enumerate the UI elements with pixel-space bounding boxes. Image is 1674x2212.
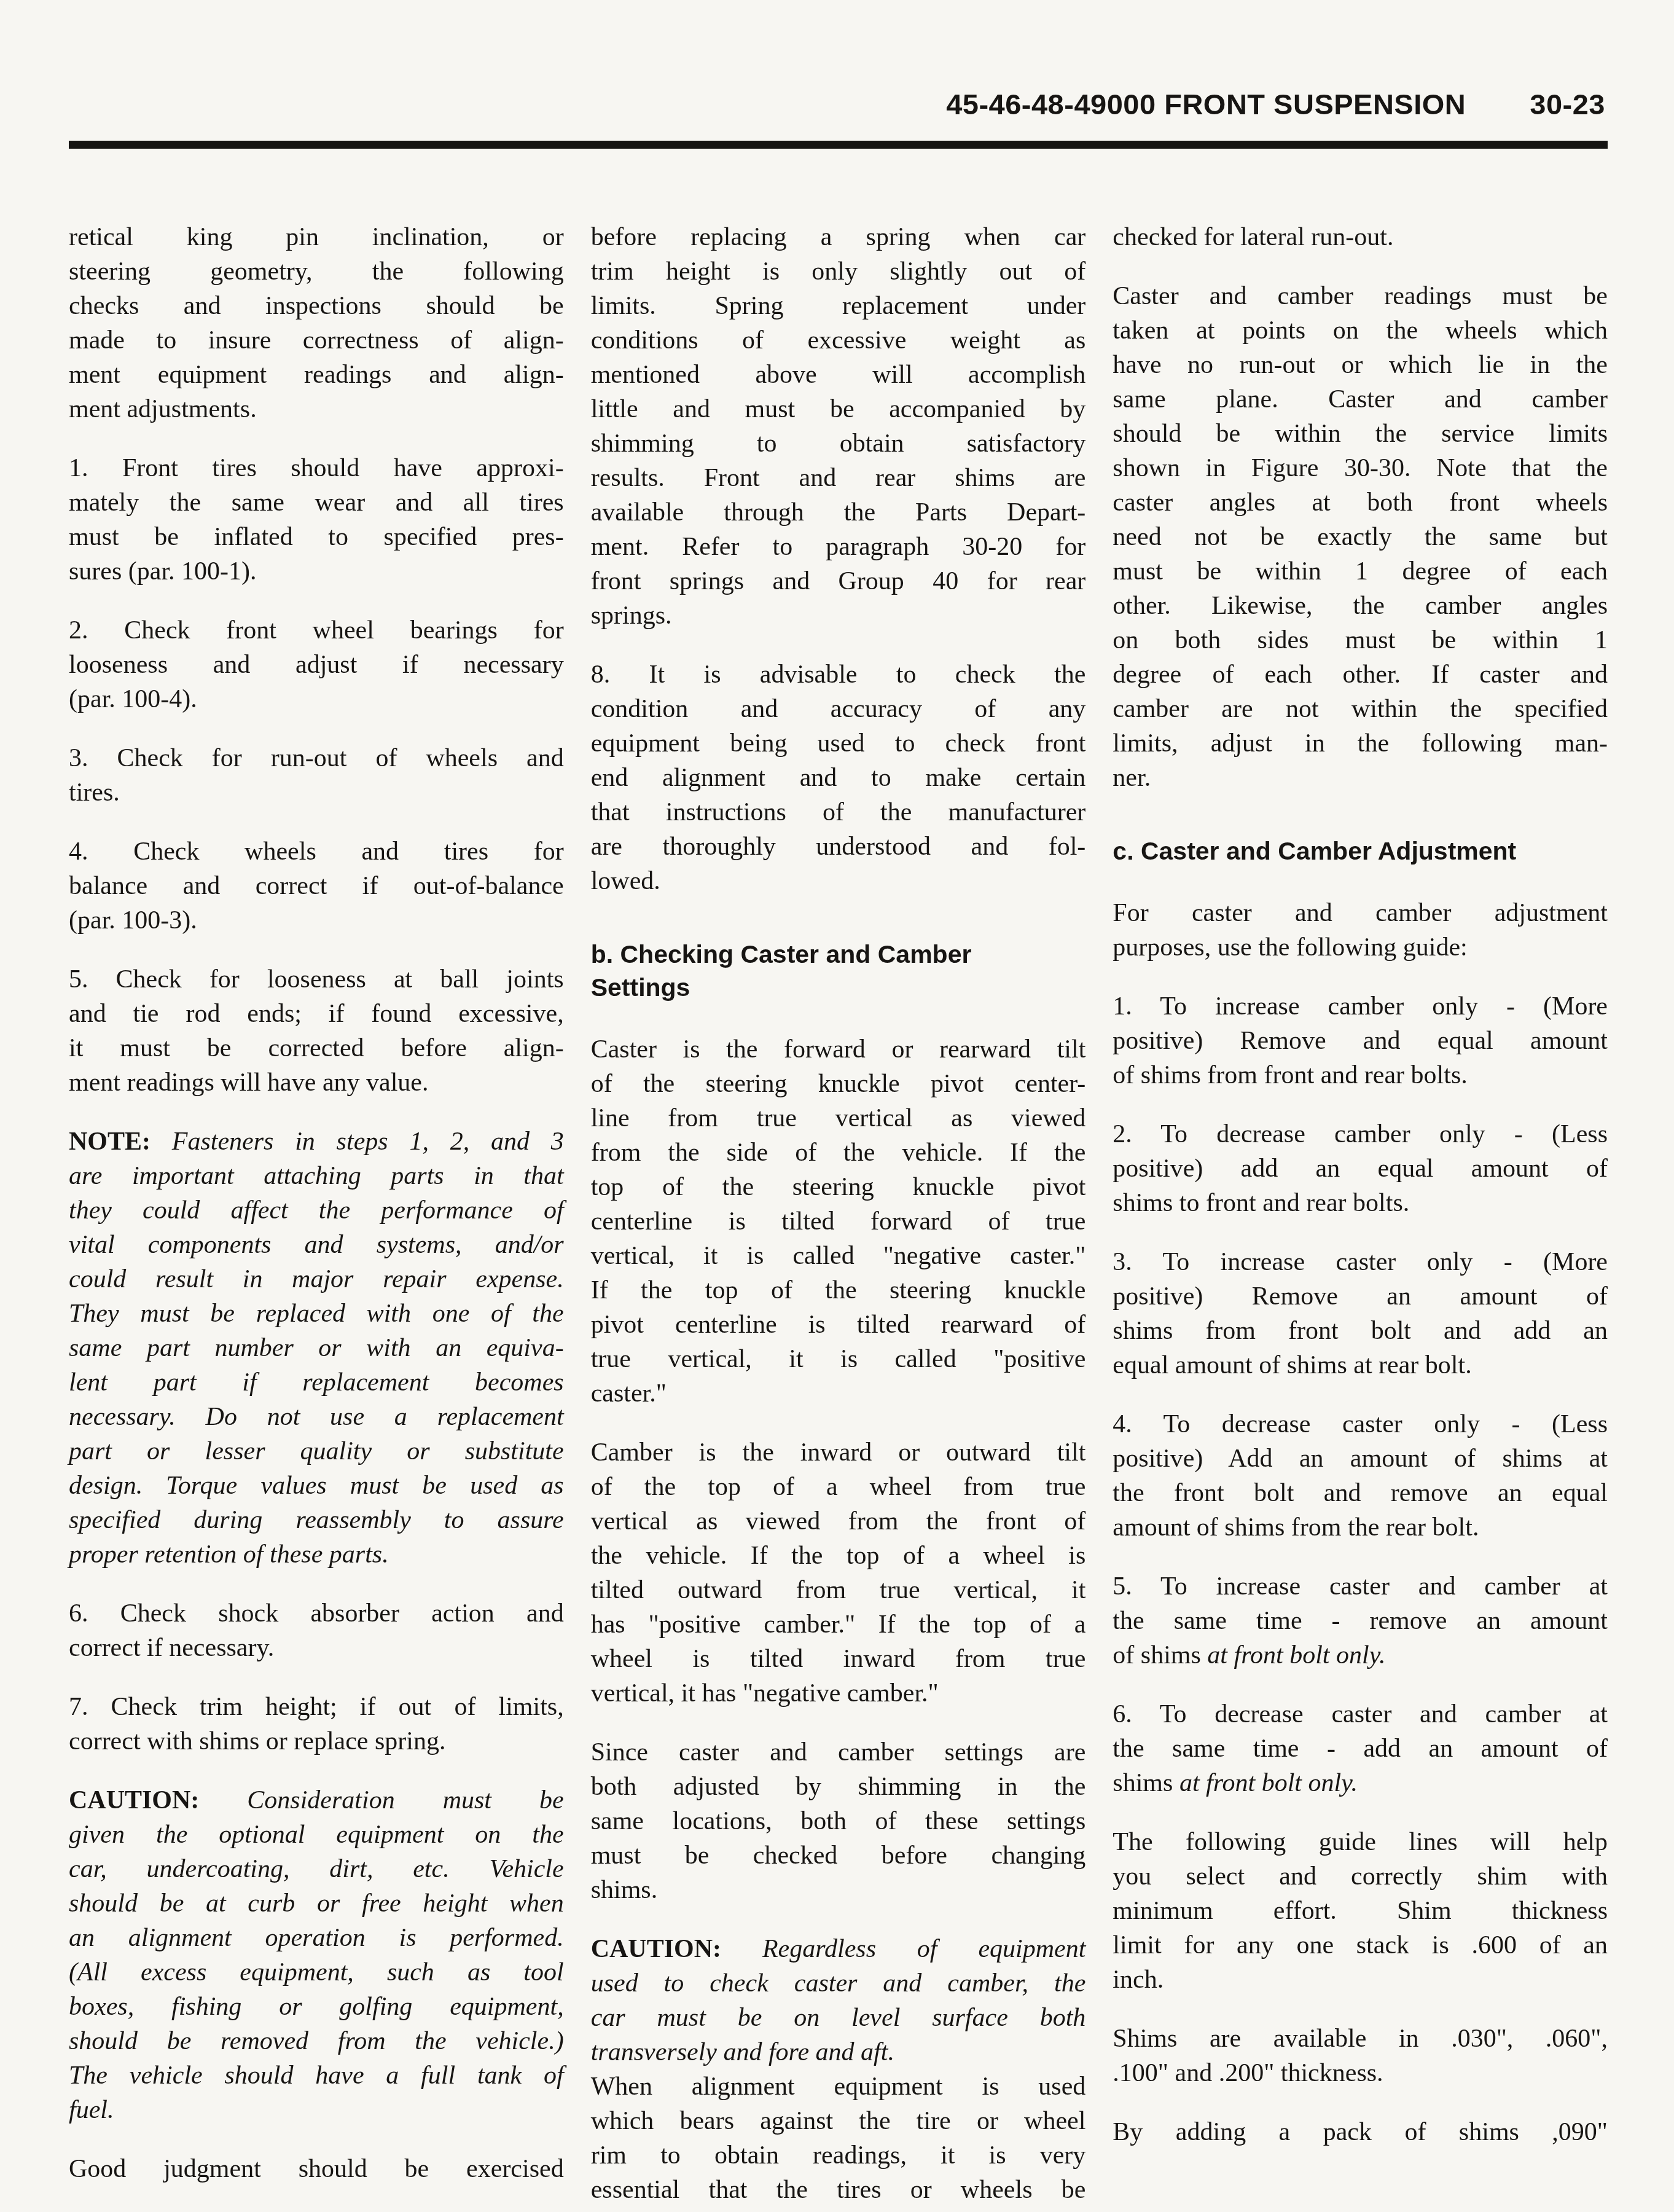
text-run: the front bolt and remove an equal xyxy=(1113,1479,1608,1507)
text-line: same plane. Caster and camber xyxy=(1113,382,1608,417)
text-run: other. Likewise, the camber angles xyxy=(1113,592,1608,620)
text-run: 4. Check wheels and tires for xyxy=(69,837,564,866)
text-run: taken at points on the wheels which xyxy=(1113,316,1608,345)
paragraph: Since caster and camber settings areboth… xyxy=(591,1735,1086,1907)
text-run: front springs and Group 40 for rear xyxy=(591,567,1086,595)
text-line: could result in major repair expense. xyxy=(69,1262,564,1296)
text-line: checked for lateral run-out. xyxy=(1113,220,1608,254)
text-line: lowed. xyxy=(591,864,1086,898)
text-run: the vehicle. If the top of a wheel is xyxy=(591,1542,1086,1570)
paragraph: 4. Check wheels and tires forbalance and… xyxy=(69,834,564,938)
text-line: rim to obtain readings, it is very xyxy=(591,2138,1086,2173)
paragraph: 7. Check trim height; if out of limits,c… xyxy=(69,1690,564,1759)
text-run: springs. xyxy=(591,602,672,630)
text-run: 6. Check shock absorber action and xyxy=(69,1599,564,1628)
paragraph: 1. Front tires should have approxi-matel… xyxy=(69,451,564,589)
text-line: car, undercoating, dirt, etc. Vehicle xyxy=(69,1852,564,1886)
text-line: c. Caster and Camber Adjustment xyxy=(1113,834,1608,868)
text-line: of shims from front and rear bolts. xyxy=(1113,1058,1608,1092)
text-line: the vehicle. If the top of a wheel is xyxy=(591,1539,1086,1573)
text-run: from the side of the vehicle. If the xyxy=(591,1139,1086,1167)
text-line: ment. Refer to paragraph 30-20 for xyxy=(591,530,1086,564)
text-run: shims to front and rear bolts. xyxy=(1113,1189,1409,1217)
text-line: retical king pin inclination, or xyxy=(69,220,564,254)
text-run: positive) add an equal amount of xyxy=(1113,1155,1608,1183)
text-line: shims from front bolt and add an xyxy=(1113,1314,1608,1348)
text-run: ment. Refer to paragraph 30-20 for xyxy=(591,533,1086,561)
text-run: 8. It is advisable to check the xyxy=(591,661,1086,689)
text-run: the same time - add an amount of xyxy=(1113,1735,1608,1763)
text-run: are important attaching parts in that xyxy=(69,1162,564,1190)
text-line: before replacing a spring when car xyxy=(591,220,1086,254)
text-run: car must be on level surface both xyxy=(591,2004,1086,2032)
page-header: 45-46-48-49000 FRONT SUSPENSION 30-23 xyxy=(69,0,1608,121)
text-run: transversely and fore and aft. xyxy=(591,2038,894,2066)
text-line: part or lesser quality or substitute xyxy=(69,1434,564,1469)
text-run: ment equipment readings and align- xyxy=(69,361,564,389)
text-run: 2. Check front wheel bearings for xyxy=(69,616,564,645)
text-run: Caster and camber readings must be xyxy=(1113,282,1608,310)
text-line: given the optional equipment on the xyxy=(69,1818,564,1852)
text-line: of the steering knuckle pivot center- xyxy=(591,1067,1086,1101)
text-line: of the top of a wheel from true xyxy=(591,1470,1086,1504)
text-run: 5. Check for looseness at ball joints xyxy=(69,965,564,994)
content: retical king pin inclination, orsteering… xyxy=(69,220,1608,2207)
text-run: CAUTION: xyxy=(69,1786,247,1814)
text-line: and tie rod ends; if found excessive, xyxy=(69,997,564,1031)
text-line: Caster is the forward or rearward tilt xyxy=(591,1032,1086,1067)
page: 45-46-48-49000 FRONT SUSPENSION 30-23 re… xyxy=(0,0,1674,2212)
text-run: conditions of excessive weight as xyxy=(591,326,1086,355)
text-run: correct with shims or replace spring. xyxy=(69,1727,445,1755)
text-line: limits, adjust in the following man- xyxy=(1113,726,1608,761)
text-line: car must be on level surface both xyxy=(591,2001,1086,2035)
text-run: both adjusted by shimming in the xyxy=(591,1773,1086,1801)
text-line: front springs and Group 40 for rear xyxy=(591,564,1086,598)
text-run: The vehicle should have a full tank of xyxy=(69,2061,564,2090)
text-line: it must be corrected before align- xyxy=(69,1031,564,1065)
text-run: 7. Check trim height; if out of limits, xyxy=(69,1693,564,1721)
paragraph: 3. To increase caster only - (Morepositi… xyxy=(1113,1245,1608,1382)
page-number: 30-23 xyxy=(1530,87,1605,121)
text-run: steering geometry, the following xyxy=(69,257,564,286)
text-run: checked for lateral run-out. xyxy=(1113,223,1393,251)
text-run: fuel. xyxy=(69,2096,114,2124)
text-run: limits. Spring replacement under xyxy=(591,292,1086,320)
text-line: positive) Remove an amount of xyxy=(1113,1279,1608,1314)
text-line: 4. To decrease caster only - (Less xyxy=(1113,1407,1608,1441)
paragraph: before replacing a spring when cartrim h… xyxy=(591,220,1086,633)
text-run: essential that the tires or wheels be xyxy=(591,2176,1086,2204)
text-line: used to check caster and camber, the xyxy=(591,1966,1086,2001)
header-rule xyxy=(69,141,1608,149)
paragraph: Caster is the forward or rearward tiltof… xyxy=(591,1032,1086,1411)
text-run: 3. To increase caster only - (More xyxy=(1113,1248,1608,1276)
paragraph: By adding a pack of shims ,090" xyxy=(1113,2115,1608,2149)
text-run: .100" and .200" thickness. xyxy=(1113,2059,1383,2087)
text-line: Camber is the inward or outward tilt xyxy=(591,1435,1086,1470)
text-line: vital components and systems, and/or xyxy=(69,1228,564,1262)
paragraph: CAUTION: Regardless of equipmentused to … xyxy=(591,1932,1086,2069)
text-run: at front bolt only. xyxy=(1179,1769,1358,1797)
text-line: you select and correctly shim with xyxy=(1113,1859,1608,1894)
text-run: before replacing a spring when car xyxy=(591,223,1086,251)
text-run: positive) Remove an amount of xyxy=(1113,1282,1608,1311)
text-line: centerline is tilted forward of true xyxy=(591,1204,1086,1239)
text-run: mately the same wear and all tires xyxy=(69,488,564,517)
text-run: lent part if replacement becomes xyxy=(69,1368,564,1397)
text-run: Fasteners in steps 1, 2, and 3 xyxy=(172,1128,564,1156)
text-line: vertical, it has "negative camber." xyxy=(591,1676,1086,1711)
text-run: 5. To increase caster and camber at xyxy=(1113,1572,1608,1601)
text-line: .100" and .200" thickness. xyxy=(1113,2056,1608,2090)
text-run: (par. 100-4). xyxy=(69,685,197,713)
text-line: caster angles at both front wheels xyxy=(1113,485,1608,520)
text-line: 1. Front tires should have approxi- xyxy=(69,451,564,485)
text-run: same part number or with an equiva- xyxy=(69,1334,564,1362)
text-line: CAUTION: Regardless of equipment xyxy=(591,1932,1086,1966)
paragraph: 5. Check for looseness at ball jointsand… xyxy=(69,962,564,1100)
text-run: car, undercoating, dirt, etc. Vehicle xyxy=(69,1855,564,1883)
text-line: positive) Add an amount of shims at xyxy=(1113,1441,1608,1476)
text-run: proper retention of these parts. xyxy=(69,1540,389,1569)
text-run: 4. To decrease caster only - (Less xyxy=(1113,1410,1608,1438)
paragraph: Camber is the inward or outward tiltof t… xyxy=(591,1435,1086,1711)
text-line: lent part if replacement becomes xyxy=(69,1365,564,1400)
text-line: should be at curb or free height when xyxy=(69,1886,564,1921)
text-line: 1. To increase camber only - (More xyxy=(1113,989,1608,1024)
text-run: condition and accuracy of any xyxy=(591,695,1086,723)
paragraph: 6. Check shock absorber action andcorrec… xyxy=(69,1596,564,1665)
text-line: shimming to obtain satisfactory xyxy=(591,426,1086,461)
text-line: (All excess equipment, such as tool xyxy=(69,1955,564,1990)
header-title: 45-46-48-49000 FRONT SUSPENSION xyxy=(946,87,1466,121)
text-line: When alignment equipment is used xyxy=(591,2069,1086,2104)
text-line: condition and accuracy of any xyxy=(591,692,1086,726)
text-line: transversely and fore and aft. xyxy=(591,2035,1086,2069)
text-line: Shims are available in .030", .060", xyxy=(1113,2022,1608,2056)
text-run: are thoroughly understood and fol- xyxy=(591,833,1086,861)
text-run: inch. xyxy=(1113,1966,1164,1994)
text-line: wheel is tilted inward from true xyxy=(591,1642,1086,1676)
text-line: are important attaching parts in that xyxy=(69,1159,564,1193)
text-run: rim to obtain readings, it is very xyxy=(591,2141,1086,2170)
text-run: For caster and camber adjustment xyxy=(1113,899,1608,927)
text-run: top of the steering knuckle pivot xyxy=(591,1173,1086,1201)
text-run: ner. xyxy=(1113,764,1151,792)
text-line: boxes, fishing or golfing equipment, xyxy=(69,1990,564,2024)
text-run: tires. xyxy=(69,779,120,807)
text-line: 3. To increase caster only - (More xyxy=(1113,1245,1608,1279)
text-run: 2. To decrease camber only - (Less xyxy=(1113,1120,1608,1148)
section-heading: b. Checking Caster and CamberSettings xyxy=(591,938,1086,1004)
text-run: of shims from front and rear bolts. xyxy=(1113,1061,1467,1089)
text-line: mately the same wear and all tires xyxy=(69,485,564,520)
text-run: pivot centerline is tilted rearward of xyxy=(591,1311,1086,1339)
text-run: correct if necessary. xyxy=(69,1634,274,1662)
text-line: springs. xyxy=(591,598,1086,633)
text-line: shims to front and rear bolts. xyxy=(1113,1186,1608,1220)
text-line: shims. xyxy=(591,1873,1086,1907)
text-line: correct if necessary. xyxy=(69,1631,564,1665)
paragraph: NOTE: Fasteners in steps 1, 2, and 3are … xyxy=(69,1124,564,1572)
text-line: looseness and adjust if necessary xyxy=(69,648,564,682)
text-line: 8. It is advisable to check the xyxy=(591,657,1086,692)
paragraph: 1. To increase camber only - (Morepositi… xyxy=(1113,989,1608,1092)
text-line: NOTE: Fasteners in steps 1, 2, and 3 xyxy=(69,1124,564,1159)
text-run: c. Caster and Camber Adjustment xyxy=(1113,837,1516,865)
text-line: from the side of the vehicle. If the xyxy=(591,1135,1086,1170)
text-line: made to insure correctness of align- xyxy=(69,323,564,358)
text-line: balance and correct if out-of-balance xyxy=(69,869,564,903)
text-run: vertical, it has "negative camber." xyxy=(591,1679,939,1708)
text-line: ment readings will have any value. xyxy=(69,1065,564,1100)
text-line: By adding a pack of shims ,090" xyxy=(1113,2115,1608,2149)
text-run: an alignment operation is performed. xyxy=(69,1924,564,1952)
text-run: vital components and systems, and/or xyxy=(69,1231,564,1259)
paragraph: 8. It is advisable to check thecondition… xyxy=(591,657,1086,898)
text-line: must be within 1 degree of each xyxy=(1113,554,1608,589)
text-line: which bears against the tire or wheel xyxy=(591,2104,1086,2138)
paragraph: 6. To decrease caster and camber atthe s… xyxy=(1113,1697,1608,1800)
text-run: line from true vertical as viewed xyxy=(591,1104,1086,1132)
text-run: purposes, use the following guide: xyxy=(1113,933,1467,962)
text-line: (par. 100-3). xyxy=(69,903,564,938)
text-line: essential that the tires or wheels be xyxy=(591,2173,1086,2207)
text-line: vertical as viewed from the front of xyxy=(591,1504,1086,1539)
text-run: balance and correct if out-of-balance xyxy=(69,872,564,900)
text-line: tires. xyxy=(69,775,564,810)
text-line: trim height is only slightly out of xyxy=(591,254,1086,289)
text-run: They must be replaced with one of the xyxy=(69,1300,564,1328)
text-run: amount of shims from the rear bolt. xyxy=(1113,1513,1479,1542)
text-run: they could affect the performance of xyxy=(69,1196,564,1225)
text-line: 6. To decrease caster and camber at xyxy=(1113,1697,1608,1732)
text-line: If the top of the steering knuckle xyxy=(591,1273,1086,1308)
text-run: need not be exactly the same but xyxy=(1113,523,1608,551)
text-line: Good judgment should be exercised xyxy=(69,2152,564,2186)
text-line: positive) add an equal amount of xyxy=(1113,1151,1608,1186)
text-run: sures (par. 100-1). xyxy=(69,557,257,586)
text-line: camber are not within the specified xyxy=(1113,692,1608,726)
text-line: Caster and camber readings must be xyxy=(1113,279,1608,313)
text-line: 5. To increase caster and camber at xyxy=(1113,1569,1608,1604)
text-line: must be inflated to specified pres- xyxy=(69,520,564,554)
text-line: ner. xyxy=(1113,761,1608,795)
text-run: has "positive camber." If the top of a xyxy=(591,1610,1086,1639)
text-line: sures (par. 100-1). xyxy=(69,554,564,589)
text-run: you select and correctly shim with xyxy=(1113,1862,1608,1891)
text-line: are thoroughly understood and fol- xyxy=(591,829,1086,864)
text-run: looseness and adjust if necessary xyxy=(69,651,564,679)
text-run: have no run-out or which lie in the xyxy=(1113,351,1608,379)
text-run: trim height is only slightly out of xyxy=(591,257,1086,286)
text-line: equipment being used to check front xyxy=(591,726,1086,761)
text-run: 1. To increase camber only - (More xyxy=(1113,992,1608,1021)
text-run: shims. xyxy=(591,1876,658,1904)
text-run: b. Checking Caster and Camber xyxy=(591,940,972,968)
text-run: should be within the service limits xyxy=(1113,420,1608,448)
text-line: they could affect the performance of xyxy=(69,1193,564,1228)
text-line: mentioned above will accomplish xyxy=(591,358,1086,392)
text-run: design. Torque values must be used as xyxy=(69,1472,564,1500)
text-line: vertical, it is called "negative caster.… xyxy=(591,1239,1086,1273)
text-line: inch. xyxy=(1113,1963,1608,1997)
paragraph: 3. Check for run-out of wheels andtires. xyxy=(69,741,564,810)
text-run: Shims are available in .030", .060", xyxy=(1113,2025,1608,2053)
text-line: specified during reassembly to assure xyxy=(69,1503,564,1537)
text-run: positive) Remove and equal amount xyxy=(1113,1027,1608,1055)
text-run: available through the Parts Depart- xyxy=(591,498,1086,527)
text-run: lowed. xyxy=(591,867,660,895)
paragraph: retical king pin inclination, orsteering… xyxy=(69,220,564,426)
text-run: Good judgment should be exercised xyxy=(69,2155,564,2183)
paragraph: 2. Check front wheel bearings forloosene… xyxy=(69,613,564,716)
text-run: made to insure correctness of align- xyxy=(69,326,564,355)
text-run: equipment being used to check front xyxy=(591,729,1086,758)
text-run: that instructions of the manufacturer xyxy=(591,798,1086,826)
text-line: The following guide lines will help xyxy=(1113,1825,1608,1859)
paragraph: CAUTION: Consideration must begiven the … xyxy=(69,1783,564,2127)
text-run: should be at curb or free height when xyxy=(69,1889,564,1918)
text-line: steering geometry, the following xyxy=(69,254,564,289)
text-line: limit for any one stack is .600 of an xyxy=(1113,1928,1608,1963)
text-run: true vertical, it is called "positive xyxy=(591,1345,1086,1373)
paragraph: Shims are available in .030", .060",.100… xyxy=(1113,2022,1608,2090)
text-line: ment equipment readings and align- xyxy=(69,358,564,392)
text-run: same locations, both of these settings xyxy=(591,1807,1086,1835)
text-line: should be removed from the vehicle.) xyxy=(69,2024,564,2058)
text-run: of the steering knuckle pivot center- xyxy=(591,1070,1086,1098)
text-run: When alignment equipment is used xyxy=(591,2073,1086,2101)
text-run: shimming to obtain satisfactory xyxy=(591,429,1086,458)
text-line: 5. Check for looseness at ball joints xyxy=(69,962,564,997)
text-run: Caster is the forward or rearward tilt xyxy=(591,1035,1086,1064)
text-run: Regardless of equipment xyxy=(762,1935,1085,1963)
text-line: CAUTION: Consideration must be xyxy=(69,1783,564,1818)
text-run: necessary. Do not use a replacement xyxy=(69,1403,564,1431)
paragraph: 4. To decrease caster only - (Lesspositi… xyxy=(1113,1407,1608,1545)
text-run: 1. Front tires should have approxi- xyxy=(69,454,564,482)
text-line: design. Torque values must be used as xyxy=(69,1469,564,1503)
text-run: vertical, it is called "negative caster.… xyxy=(591,1242,1086,1270)
text-run: on both sides must be within 1 xyxy=(1113,626,1608,654)
text-run: should be removed from the vehicle.) xyxy=(69,2027,564,2055)
text-line: proper retention of these parts. xyxy=(69,1537,564,1572)
text-line: correct with shims or replace spring. xyxy=(69,1724,564,1759)
text-run: of shims xyxy=(1113,1641,1207,1669)
text-line: They must be replaced with one of the xyxy=(69,1296,564,1331)
text-line: line from true vertical as viewed xyxy=(591,1101,1086,1135)
text-line: 7. Check trim height; if out of limits, xyxy=(69,1690,564,1724)
text-run: vertical as viewed from the front of xyxy=(591,1507,1086,1535)
text-line: 2. To decrease camber only - (Less xyxy=(1113,1117,1608,1151)
text-line: 2. Check front wheel bearings for xyxy=(69,613,564,648)
text-line: little and must be accompanied by xyxy=(591,392,1086,426)
text-line: must be checked before changing xyxy=(591,1838,1086,1873)
text-run: (All excess equipment, such as tool xyxy=(69,1958,564,1986)
text-run: tilted outward from true vertical, it xyxy=(591,1576,1086,1604)
text-line: pivot centerline is tilted rearward of xyxy=(591,1308,1086,1342)
text-line: end alignment and to make certain xyxy=(591,761,1086,795)
column-2: before replacing a spring when cartrim h… xyxy=(591,220,1086,2207)
text-run: results. Front and rear shims are xyxy=(591,464,1086,492)
text-line: the same time - remove an amount xyxy=(1113,1604,1608,1638)
text-line: equal amount of shims at rear bolt. xyxy=(1113,1348,1608,1382)
column-1: retical king pin inclination, orsteering… xyxy=(69,220,564,2207)
text-run: minimum effort. Shim thickness xyxy=(1113,1897,1608,1925)
text-run: which bears against the tire or wheel xyxy=(591,2107,1086,2135)
text-line: need not be exactly the same but xyxy=(1113,520,1608,554)
paragraph: When alignment equipment is usedwhich be… xyxy=(591,2069,1086,2207)
text-run: 3. Check for run-out of wheels and xyxy=(69,744,564,772)
paragraph: 5. To increase caster and camber atthe s… xyxy=(1113,1569,1608,1673)
text-run: 6. To decrease caster and camber at xyxy=(1113,1700,1608,1728)
text-run: CAUTION: xyxy=(591,1935,762,1963)
text-run: shims from front bolt and add an xyxy=(1113,1317,1608,1345)
text-run: same plane. Caster and camber xyxy=(1113,385,1608,414)
text-line: 3. Check for run-out of wheels and xyxy=(69,741,564,775)
text-line: available through the Parts Depart- xyxy=(591,495,1086,530)
text-line: tilted outward from true vertical, it xyxy=(591,1573,1086,1607)
text-run: ment readings will have any value. xyxy=(69,1069,428,1097)
text-run: The following guide lines will help xyxy=(1113,1828,1608,1856)
text-run: Consideration must be xyxy=(247,1786,563,1814)
text-run: boxes, fishing or golfing equipment, xyxy=(69,1993,564,2021)
text-line: limits. Spring replacement under xyxy=(591,289,1086,323)
text-run: retical king pin inclination, or xyxy=(69,223,564,251)
text-line: ment adjustments. xyxy=(69,392,564,426)
text-run: checks and inspections should be xyxy=(69,292,564,320)
text-run: mentioned above will accomplish xyxy=(591,361,1086,389)
text-run: degree of each other. If caster and xyxy=(1113,661,1608,689)
text-run: positive) Add an amount of shims at xyxy=(1113,1445,1608,1473)
text-run: must be within 1 degree of each xyxy=(1113,557,1608,586)
text-line: 6. Check shock absorber action and xyxy=(69,1596,564,1631)
text-run: wheel is tilted inward from true xyxy=(591,1645,1086,1673)
text-line: on both sides must be within 1 xyxy=(1113,623,1608,657)
text-run: limits, adjust in the following man- xyxy=(1113,729,1608,758)
text-run: at front bolt only. xyxy=(1207,1641,1385,1669)
text-line: 4. Check wheels and tires for xyxy=(69,834,564,869)
text-run: Settings xyxy=(591,973,690,1002)
text-run: By adding a pack of shims ,090" xyxy=(1113,2118,1608,2146)
paragraph: For caster and camber adjustmentpurposes… xyxy=(1113,896,1608,965)
text-run: (par. 100-3). xyxy=(69,906,197,935)
text-run: given the optional equipment on the xyxy=(69,1821,564,1849)
text-run: shown in Figure 30-30. Note that the xyxy=(1113,454,1608,482)
text-line: same locations, both of these settings xyxy=(591,1804,1086,1838)
text-line: of shims at front bolt only. xyxy=(1113,1638,1608,1673)
text-run: ment adjustments. xyxy=(69,395,257,423)
text-run: could result in major repair expense. xyxy=(69,1265,564,1293)
text-run: Camber is the inward or outward tilt xyxy=(591,1438,1086,1467)
text-run: of the top of a wheel from true xyxy=(591,1473,1086,1501)
text-line: the same time - add an amount of xyxy=(1113,1732,1608,1766)
text-line: conditions of excessive weight as xyxy=(591,323,1086,358)
text-line: an alignment operation is performed. xyxy=(69,1921,564,1955)
text-line: has "positive camber." If the top of a xyxy=(591,1607,1086,1642)
text-line: For caster and camber adjustment xyxy=(1113,896,1608,930)
text-line: minimum effort. Shim thickness xyxy=(1113,1894,1608,1928)
text-run: and tie rod ends; if found excessive, xyxy=(69,1000,564,1028)
text-run: equal amount of shims at rear bolt. xyxy=(1113,1351,1471,1379)
text-line: purposes, use the following guide: xyxy=(1113,930,1608,965)
text-run: centerline is tilted forward of true xyxy=(591,1207,1086,1236)
text-line: results. Front and rear shims are xyxy=(591,461,1086,495)
text-line: true vertical, it is called "positive xyxy=(591,1342,1086,1376)
text-line: fuel. xyxy=(69,2093,564,2127)
